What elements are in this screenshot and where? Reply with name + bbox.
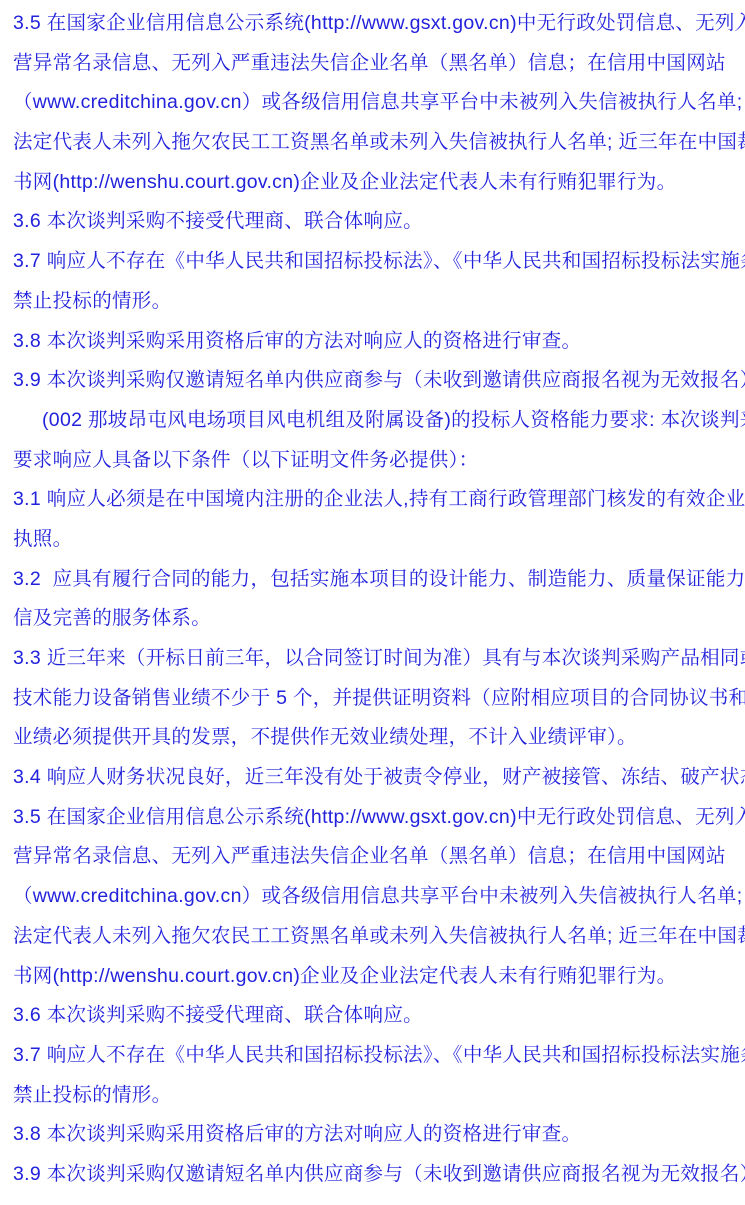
- clause-3-5-repeat-line-5: 书网(http://wenshu.court.gov.cn)企业及企业法定代表人…: [13, 957, 739, 997]
- clause-3-5-line-1: 3.5 在国家企业信用信息公示系统(http://www.gsxt.gov.cn…: [13, 4, 739, 44]
- clause-3-3-line-3: 业绩必须提供开具的发票，不提供作无效业绩处理，不计入业绩评审）。: [13, 718, 739, 758]
- clause-3-7-line-1: 3.7 响应人不存在《中华人民共和国招标投标法》、《中华人民共和国招标投标法实施…: [13, 242, 739, 282]
- section-header-line-2: 要求响应人具备以下条件（以下证明文件务必提供）：: [13, 441, 739, 481]
- clause-3-5-repeat-line-2: 营异常名录信息、无列入严重违法失信企业名单（黑名单）信息；在信用中国网站: [13, 837, 739, 877]
- clause-3-6-repeat: 3.6 本次谈判采购不接受代理商、联合体响应。: [13, 996, 739, 1036]
- clause-3-4: 3.4 响应人财务状况良好，近三年没有处于被责令停业，财产被接管、冻结、破产状态…: [13, 758, 739, 798]
- clause-3-1-line-1: 3.1 响应人必须是在中国境内注册的企业法人,持有工商行政管理部门核发的有效企业…: [13, 480, 739, 520]
- clause-3-8: 3.8 本次谈判采购采用资格后审的方法对响应人的资格进行审查。: [13, 322, 739, 362]
- clause-3-3-line-1: 3.3 近三年来（开标日前三年，以合同签订时间为准）具有与本次谈判采购产品相同或…: [13, 639, 739, 679]
- clause-3-3-line-2: 技术能力设备销售业绩不少于 5 个，并提供证明资料（应附相应项目的合同协议书和发…: [13, 679, 739, 719]
- clause-3-1-line-2: 执照。: [13, 520, 739, 560]
- clause-3-2-line-2: 信及完善的服务体系。: [13, 599, 739, 639]
- clause-3-2-line-1: 3.2 应具有履行合同的能力，包括实施本项目的设计能力、制造能力、质量保证能力和…: [13, 560, 739, 600]
- clause-3-5-repeat-line-1: 3.5 在国家企业信用信息公示系统(http://www.gsxt.gov.cn…: [13, 798, 739, 838]
- document-page: 3.5 在国家企业信用信息公示系统(http://www.gsxt.gov.cn…: [0, 0, 745, 1205]
- clause-3-5-line-5: 书网(http://wenshu.court.gov.cn)企业及企业法定代表人…: [13, 163, 739, 203]
- clause-3-7-repeat-line-1: 3.7 响应人不存在《中华人民共和国招标投标法》、《中华人民共和国招标投标法实施…: [13, 1036, 739, 1076]
- clause-3-9-repeat: 3.9 本次谈判采购仅邀请短名单内供应商参与（未收到邀请供应商报名视为无效报名）…: [13, 1155, 739, 1195]
- clause-3-5-line-3: （www.creditchina.gov.cn）或各级信用信息共享平台中未被列入…: [13, 83, 739, 123]
- clause-3-7-line-2: 禁止投标的情形。: [13, 282, 739, 322]
- clause-3-5-line-2: 营异常名录信息、无列入严重违法失信企业名单（黑名单）信息；在信用中国网站: [13, 44, 739, 84]
- clause-3-5-repeat-line-4: 法定代表人未列入拖欠农民工工资黑名单或未列入失信被执行人名单; 近三年在中国裁判…: [13, 917, 739, 957]
- clause-3-7-repeat-line-2: 禁止投标的情形。: [13, 1076, 739, 1116]
- clause-3-9: 3.9 本次谈判采购仅邀请短名单内供应商参与（未收到邀请供应商报名视为无效报名）…: [13, 361, 739, 401]
- clause-3-6: 3.6 本次谈判采购不接受代理商、联合体响应。: [13, 202, 739, 242]
- clause-3-5-repeat-line-3: （www.creditchina.gov.cn）或各级信用信息共享平台中未被列入…: [13, 877, 739, 917]
- clause-3-5-line-4: 法定代表人未列入拖欠农民工工资黑名单或未列入失信被执行人名单; 近三年在中国裁判…: [13, 123, 739, 163]
- clause-3-8-repeat: 3.8 本次谈判采购采用资格后审的方法对响应人的资格进行审查。: [13, 1115, 739, 1155]
- section-header-line-1: (002 那坡昂屯风电场项目风电机组及附属设备)的投标人资格能力要求: 本次谈判…: [13, 401, 739, 441]
